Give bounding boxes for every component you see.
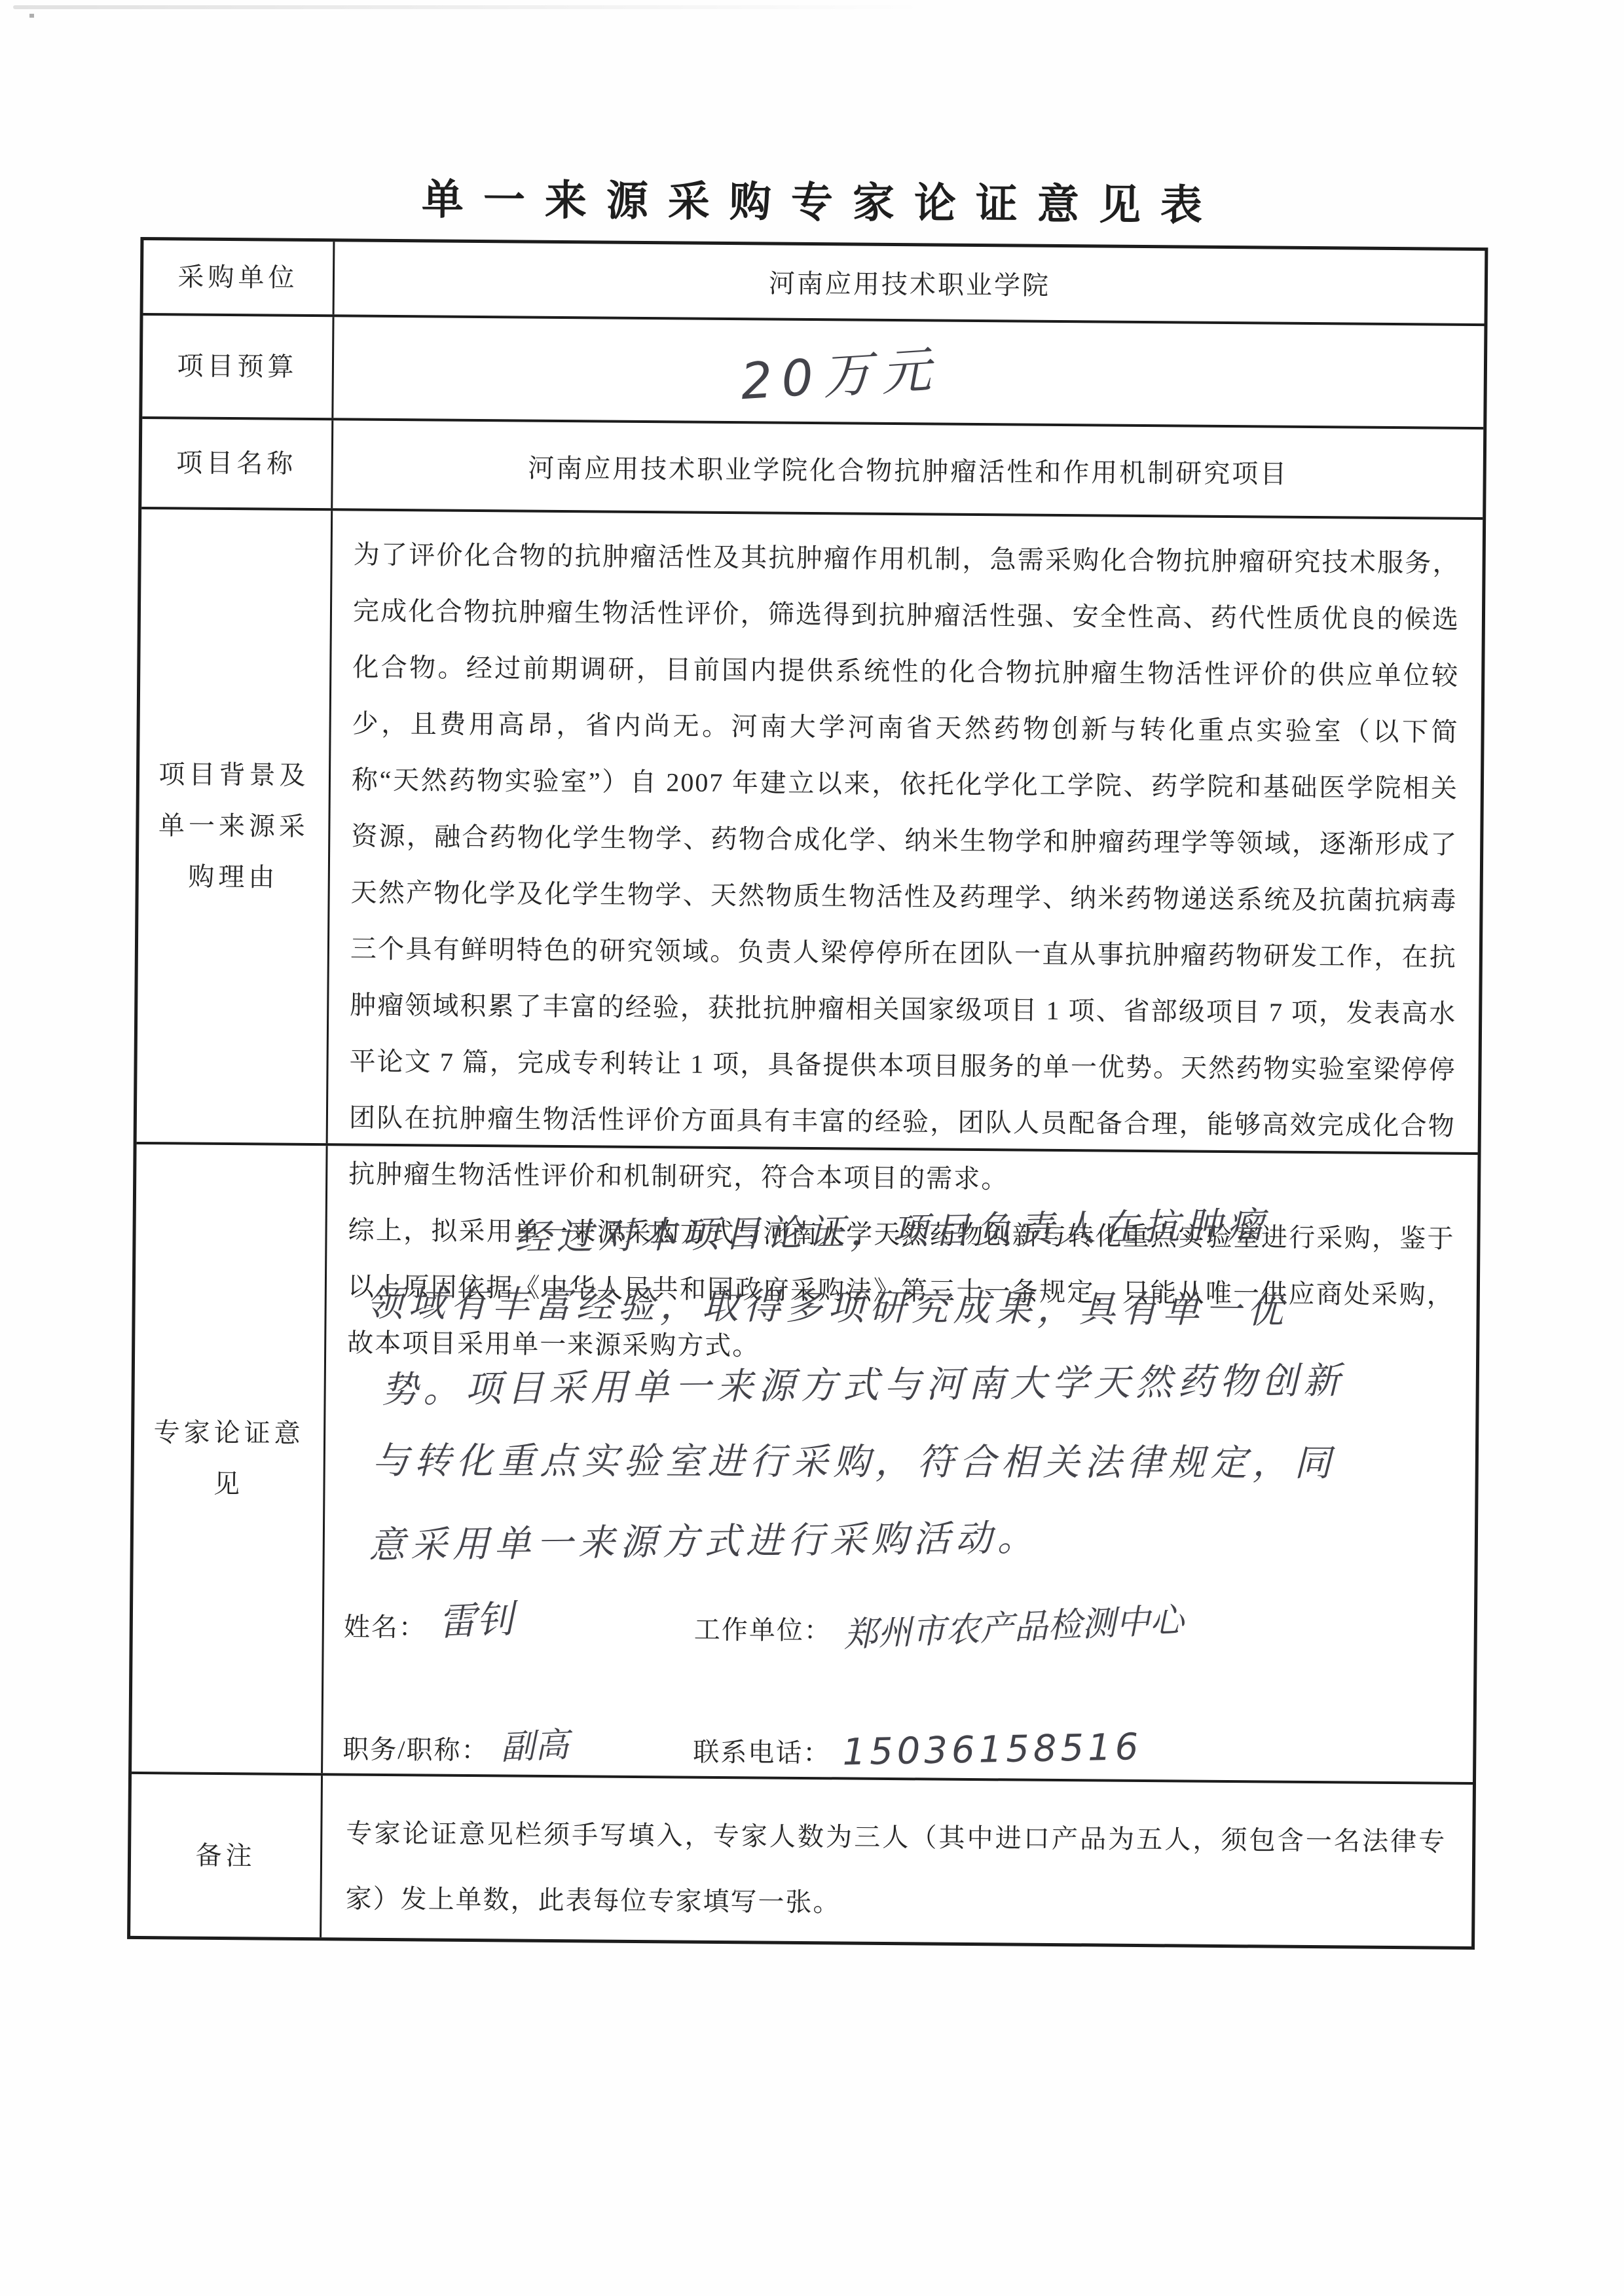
row-label-purchasing-unit: 采购单位 xyxy=(143,240,335,314)
work-unit-label: 工作单位： xyxy=(694,1609,832,1648)
row-content-background-reason: 为了评价化合物的抗肿瘤活性及其抗肿瘤作用机制，急需采购化合物抗肿瘤研究技术服务，… xyxy=(328,511,1483,1152)
table-row-expert-opinion: 专家论证意见 经过对本项目论证，项目负责人在抗肿瘤 领域有丰富经验，取得多项研究… xyxy=(132,1144,1477,1785)
table-row-remarks: 备注 专家论证意见栏须手写填入，专家人数为三人（其中进口产品为五人，须包含一名法… xyxy=(130,1774,1473,1946)
phone-label: 联系电话： xyxy=(693,1732,830,1770)
table-row-project-name: 项目名称 河南应用技术职业学院化合物抗肿瘤活性和作用机制研究项目 xyxy=(141,419,1483,520)
signature-row-name-unit: 姓名： 雷钊 工作单位： 郑州市农产品检测中心 xyxy=(344,1588,1455,1652)
row-content-expert-opinion: 经过对本项目论证，项目负责人在抗肿瘤 领域有丰富经验，取得多项研究成果，具有单一… xyxy=(323,1146,1477,1782)
post-title-label: 职务/职称： xyxy=(342,1728,489,1767)
row-label-background-reason: 项目背景及单一来源采购理由 xyxy=(137,509,333,1143)
name-label: 姓名： xyxy=(344,1606,426,1644)
work-unit-field: 工作单位： 郑州市农产品检测中心 xyxy=(694,1597,1185,1650)
table-row-project-budget: 项目预算 20万元 xyxy=(142,316,1484,429)
work-unit-handwriting: 郑州市农产品检测中心 xyxy=(842,1592,1185,1656)
post-title-handwriting: 副高 xyxy=(500,1717,570,1769)
row-content-purchasing-unit: 河南应用技术职业学院 xyxy=(335,242,1485,323)
opinion-form-table: 采购单位 河南应用技术职业学院 项目预算 20万元 项目名称 河南应用技术职业学… xyxy=(127,237,1488,1950)
row-label-project-budget: 项目预算 xyxy=(142,316,334,418)
phone-handwriting: 15036158516 xyxy=(842,1726,1143,1774)
page-title: 单一来源采购专家论证意见表 xyxy=(0,162,1624,235)
name-signature-handwriting: 雷钊 xyxy=(437,1588,515,1646)
row-label-expert-opinion: 专家论证意见 xyxy=(132,1144,328,1773)
opinion-line: 领域有丰富经验，取得多项研究成果，具有单一优 xyxy=(366,1266,1437,1351)
project-budget-handwritten-value: 20万元 xyxy=(738,330,942,414)
remarks-text: 专家论证意见栏须手写填入，专家人数为三人（其中进口产品为五人，须包含一名法律专家… xyxy=(322,1776,1473,1947)
purchasing-unit-value: 河南应用技术职业学院 xyxy=(335,242,1485,323)
table-row-background-reason: 项目背景及单一来源采购理由 为了评价化合物的抗肿瘤活性及其抗肿瘤作用机制，急需采… xyxy=(137,509,1483,1155)
signature-row-post-phone: 职务/职称： 副高 联系电话： 15036158516 xyxy=(342,1717,1454,1774)
document-content: 单一来源采购专家论证意见表 采购单位 河南应用技术职业学院 项目预算 20万元 … xyxy=(0,0,1624,236)
opinion-line: 与转化重点实验室进行采购，符合相关法律规定，同 xyxy=(372,1423,1437,1503)
project-name-value: 河南应用技术职业学院化合物抗肿瘤活性和作用机制研究项目 xyxy=(333,420,1483,517)
row-label-remarks: 备注 xyxy=(130,1774,323,1937)
background-paragraph-1: 为了评价化合物的抗肿瘤活性及其抗肿瘤作用机制，急需采购化合物抗肿瘤研究技术服务，… xyxy=(348,527,1460,1211)
scanned-page: 单一来源采购专家论证意见表 采购单位 河南应用技术职业学院 项目预算 20万元 … xyxy=(0,0,1624,2296)
opinion-line: 意采用单一来源方式进行采购活动。 xyxy=(368,1495,1437,1585)
post-title-field: 职务/职称： 副高 xyxy=(342,1717,693,1768)
opinion-line: 势。项目采用单一来源方式与河南大学天然药物创新 xyxy=(381,1341,1437,1429)
row-label-project-name: 项目名称 xyxy=(141,419,333,508)
row-content-project-budget: 20万元 xyxy=(333,317,1484,427)
row-content-project-name: 河南应用技术职业学院化合物抗肿瘤活性和作用机制研究项目 xyxy=(333,420,1483,517)
expert-name-field: 姓名： 雷钊 xyxy=(344,1588,695,1646)
phone-field: 联系电话： 15036158516 xyxy=(693,1726,1142,1772)
opinion-line: 经过对本项目论证，项目负责人在抗肿瘤 xyxy=(514,1184,1437,1277)
expert-opinion-handwriting: 经过对本项目论证，项目负责人在抗肿瘤 领域有丰富经验，取得多项研究成果，具有单一… xyxy=(325,1149,1477,1580)
row-content-remarks: 专家论证意见栏须手写填入，专家人数为三人（其中进口产品为五人，须包含一名法律专家… xyxy=(322,1776,1473,1946)
table-row-purchasing-unit: 采购单位 河南应用技术职业学院 xyxy=(143,240,1485,326)
